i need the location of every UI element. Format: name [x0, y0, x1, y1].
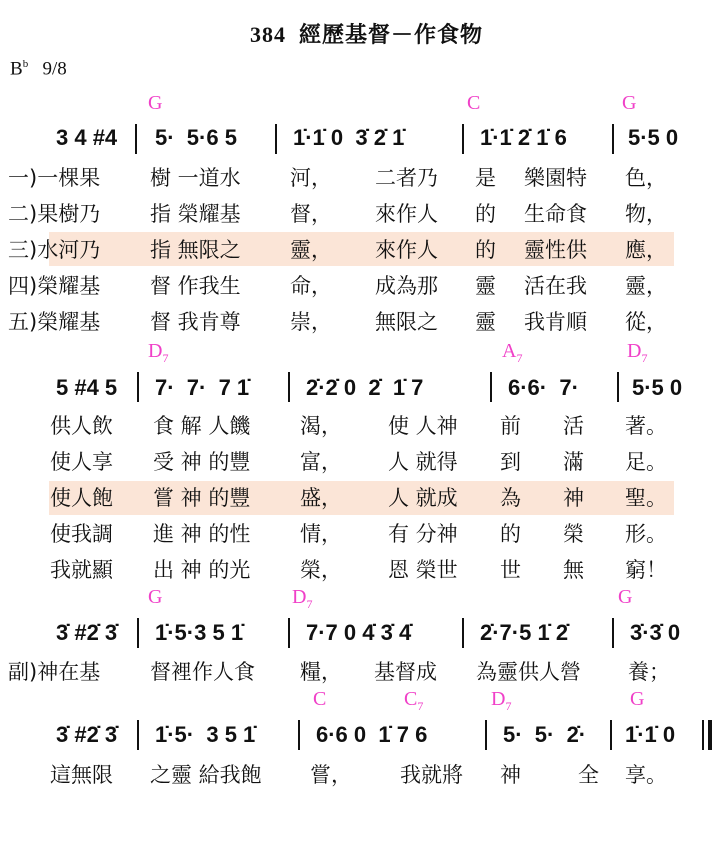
- lyric: 嘗，: [310, 757, 352, 793]
- lyric: 使人飽: [50, 480, 113, 516]
- chord-label: C7: [404, 688, 423, 714]
- barline: [137, 720, 139, 750]
- lyric: 督裡作人食: [150, 654, 255, 690]
- measure: 3̇ #2̇ 3̇: [56, 722, 117, 748]
- measure: 1̇·1̇ 0 3̇ 2̇ 1̇: [293, 125, 404, 151]
- lyric: 物，: [625, 196, 667, 232]
- measure: 7· 7· 7 1̇: [155, 375, 249, 401]
- measure: 7·7 0 4̇ 3̇ 4̇: [306, 620, 411, 646]
- measure: 3̇·3̇ 0: [630, 620, 680, 646]
- chord-label: D7: [148, 340, 168, 366]
- chord-label: G: [148, 586, 162, 609]
- lyric: 靈性供: [524, 232, 587, 268]
- measure: 1̇·5· 3 5 1̇: [155, 722, 255, 748]
- chord-label: C: [313, 688, 326, 711]
- measure: 2̇·7·5 1̇ 2̇: [480, 620, 568, 646]
- lyric: 我就將: [400, 757, 463, 793]
- barline: [288, 372, 290, 402]
- final-barline-thin: [702, 720, 704, 750]
- lyric: 前: [500, 408, 521, 444]
- lyric: 是: [475, 160, 496, 196]
- measure: 5·5 0: [628, 125, 678, 151]
- measure: 3 4 #4: [56, 125, 117, 151]
- chord-label: D7: [491, 688, 511, 714]
- lyric: 從，: [625, 304, 667, 340]
- lyric: 情，: [300, 516, 342, 552]
- lyric: 到: [500, 444, 521, 480]
- lyric: 副)神在基: [8, 654, 100, 690]
- lyric: 一)一棵果: [8, 160, 100, 196]
- lyric: 受 神 的豐: [153, 444, 250, 480]
- chord-label: D7: [292, 586, 312, 612]
- measure: 3̇ #2̇ 3̇: [56, 620, 117, 646]
- lyric: 的: [500, 516, 521, 552]
- lyric: 食 解 人饑: [153, 408, 250, 444]
- lyric: 神: [500, 757, 521, 793]
- lyric: 活在我: [524, 268, 587, 304]
- chord-label: A7: [502, 340, 522, 366]
- lyric: 成為那: [375, 268, 438, 304]
- lyric: 世: [500, 552, 521, 588]
- lyric: 進 神 的性: [153, 516, 250, 552]
- lyric: 靈: [475, 268, 496, 304]
- lyric: 神: [563, 480, 584, 516]
- lyric: 嘗 神 的豐: [153, 480, 250, 516]
- chord-label: G: [618, 586, 632, 609]
- lyric: 形。: [625, 516, 667, 552]
- lyric: 養；: [628, 654, 670, 690]
- chord-label: G: [630, 688, 644, 711]
- chord-label: D7: [627, 340, 647, 366]
- barline: [490, 372, 492, 402]
- lyric: 渴，: [300, 408, 342, 444]
- lyric: 榮: [563, 516, 584, 552]
- lyric: 的: [475, 232, 496, 268]
- lyric: 全: [578, 757, 599, 793]
- barline: [617, 372, 619, 402]
- measure: 1̇·1̇ 0: [625, 722, 675, 748]
- lyric: 享。: [625, 757, 667, 793]
- lyric: 督 我肯尊: [150, 304, 241, 340]
- barline: [275, 124, 277, 154]
- lyric: 色，: [625, 160, 667, 196]
- barline: [288, 618, 290, 648]
- lyric: 應，: [625, 232, 667, 268]
- lyric: 二)果樹乃: [8, 196, 100, 232]
- lyric: 無限之: [375, 304, 438, 340]
- final-barline: [708, 720, 712, 750]
- lyric: 盛，: [300, 480, 342, 516]
- barline: [137, 618, 139, 648]
- lyric: 四)榮耀基: [8, 268, 100, 304]
- lyric: 河，: [290, 160, 332, 196]
- lyric: 樂園特: [524, 160, 587, 196]
- measure: 5· 5·6 5: [155, 125, 237, 151]
- time-signature: 9/8: [42, 58, 66, 79]
- measure: 2̇·2̇ 0 2̇ 1̇ 7: [306, 375, 423, 401]
- lyric: 使我調: [50, 516, 113, 552]
- barline: [610, 720, 612, 750]
- measure: 1̇·5·3 5 1̇: [155, 620, 243, 646]
- measure: 1̇·1̇ 2̇ 1̇ 6: [480, 125, 567, 151]
- lyric: 督 作我生: [150, 268, 241, 304]
- measure: 6·6· 7·: [508, 375, 579, 401]
- barline: [485, 720, 487, 750]
- lyric: 來作人: [375, 196, 438, 232]
- chord-label: G: [148, 92, 162, 115]
- chord-label: C: [467, 92, 480, 115]
- lyric: 的: [475, 196, 496, 232]
- lyric: 供人飲: [50, 408, 113, 444]
- lyric: 崇，: [290, 304, 332, 340]
- lyric: 靈: [475, 304, 496, 340]
- measure: 5· 5· 2̇·: [503, 722, 586, 748]
- lyric: 糧，: [300, 654, 342, 690]
- lyric: 活: [563, 408, 584, 444]
- lyric: 聖。: [625, 480, 667, 516]
- lyric: 樹 一道水: [150, 160, 241, 196]
- lyric: 人 就得: [388, 444, 458, 480]
- lyric: 使人享: [50, 444, 113, 480]
- lyric: 督，: [290, 196, 332, 232]
- lyric: 富，: [300, 444, 342, 480]
- lyric: 二者乃: [375, 160, 438, 196]
- barline: [137, 372, 139, 402]
- lyric: 我肯順: [524, 304, 587, 340]
- key-letter: B: [10, 58, 23, 79]
- lyric: 指 榮耀基: [150, 196, 241, 232]
- lyric: 這無限: [50, 757, 113, 793]
- chord-label: G: [622, 92, 636, 115]
- lyric: 為靈供人營: [476, 654, 581, 690]
- lyric: 使 人神: [388, 408, 458, 444]
- barline: [462, 618, 464, 648]
- barline: [135, 124, 137, 154]
- measure: 6·6 0 1̇ 7 6: [316, 722, 427, 748]
- barline: [462, 124, 464, 154]
- lyric: 命，: [290, 268, 332, 304]
- measure: 5·5 0: [632, 375, 682, 401]
- lyric: 有 分神: [388, 516, 458, 552]
- lyric: 指 無限之: [150, 232, 241, 268]
- lyric: 之靈 給我飽: [150, 757, 262, 793]
- lyric: 著。: [625, 408, 667, 444]
- lyric: 出 神 的光: [153, 552, 250, 588]
- lyric: 我就顯: [50, 552, 113, 588]
- lyric: 榮，: [300, 552, 342, 588]
- barline: [612, 124, 614, 154]
- barline: [612, 618, 614, 648]
- lyric: 基督成: [374, 654, 437, 690]
- lyric: 足。: [625, 444, 667, 480]
- lyric: 生命食: [524, 196, 587, 232]
- lyric: 三)水河乃: [8, 232, 100, 268]
- lyric: 人 就成: [388, 480, 458, 516]
- lyric: 恩 榮世: [388, 552, 458, 588]
- barline: [298, 720, 300, 750]
- hymn-title: 384 經歷基督－作食物: [250, 18, 483, 49]
- lyric: 五)榮耀基: [8, 304, 100, 340]
- key-signature: Bb 9/8: [10, 58, 67, 80]
- lyric: 為: [500, 480, 521, 516]
- lyric: 靈，: [290, 232, 332, 268]
- lyric: 來作人: [375, 232, 438, 268]
- lyric: 無: [563, 552, 584, 588]
- measure: 5 #4 5: [56, 375, 117, 401]
- lyric: 滿: [563, 444, 584, 480]
- lyric: 窮！: [625, 552, 667, 588]
- lyric: 靈，: [625, 268, 667, 304]
